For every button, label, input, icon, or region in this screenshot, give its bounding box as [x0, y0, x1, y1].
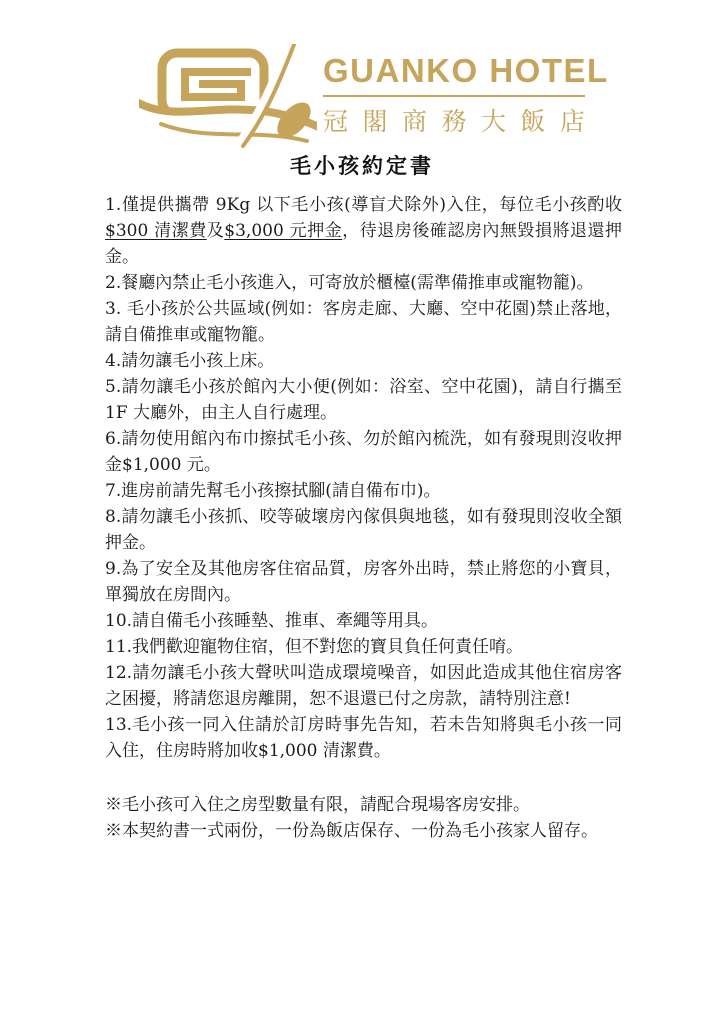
brand-name-en: GUANKO HOTEL	[323, 54, 585, 89]
brand-divider	[323, 95, 585, 97]
pet-agreement-page: GUANKO HOTEL 冠閣商務大飯店 毛小孩約定書 1.僅提供攜帶 9Kg …	[0, 0, 724, 1024]
rule-item: 2.餐廳內禁止毛小孩進入，可寄放於櫃檯(需準備推車或寵物籠)。	[105, 270, 622, 296]
brand-zh-char: 大	[481, 102, 506, 138]
brand-zh-char: 飯	[520, 102, 545, 138]
rule-item: 13.毛小孩一同入住請於訂房時事先告知，若未告知將與毛小孩一同入住，住房時將加收…	[105, 712, 622, 764]
brand-zh-char: 店	[560, 102, 585, 138]
rule-item: 10.請自備毛小孩睡墊、推車、牽繩等用具。	[105, 608, 622, 634]
brand-zh-char: 務	[441, 102, 466, 138]
rule-item: 3. 毛小孩於公共區域(例如：客房走廊、大廳、空中花園)禁止落地，請自備推車或寵…	[105, 296, 622, 348]
rule-item: 12.請勿讓毛小孩大聲吠叫造成環境噪音，如因此造成其他住宿房客之困擾，將請您退房…	[105, 660, 622, 712]
page-title: 毛小孩約定書	[0, 150, 724, 180]
note-item: ※毛小孩可入住之房型數量有限，請配合現場客房安排。	[105, 792, 622, 818]
brand-zh-char: 冠	[323, 102, 348, 138]
brand-zh-char: 閣	[362, 102, 387, 138]
brand-name-zh: 冠閣商務大飯店	[323, 102, 585, 138]
rule-item: 8.請勿讓毛小孩抓、咬等破壞房內傢俱與地毯，如有發現則沒收全額押金。	[105, 504, 622, 556]
note-item: ※本契約書一式兩份，一份為飯店保存、一份為毛小孩家人留存。	[105, 818, 622, 844]
brand-zh-char: 商	[402, 102, 427, 138]
brand-header: GUANKO HOTEL 冠閣商務大飯店	[0, 0, 724, 148]
rule-item: 11.我們歡迎寵物住宿，但不對您的寶貝負任何責任唷。	[105, 634, 622, 660]
rule-item: 9.為了安全及其他房客住宿品質，房客外出時，禁止將您的小寶貝，單獨放在房間內。	[105, 556, 622, 608]
rule-item: 1.僅提供攜帶 9Kg 以下毛小孩(導盲犬除外)入住，每位毛小孩酌收$300 清…	[105, 192, 622, 270]
brand-text-block: GUANKO HOTEL 冠閣商務大飯店	[323, 44, 585, 138]
rule-item: 5.請勿讓毛小孩於館內大小便(例如：浴室、空中花園)，請自行攜至 1F 大廳外，…	[105, 374, 622, 426]
notes-list: ※毛小孩可入住之房型數量有限，請配合現場客房安排。※本契約書一式兩份，一份為飯店…	[105, 792, 622, 844]
rule-item: 7.進房前請先幫毛小孩擦拭腳(請自備布巾)。	[105, 478, 622, 504]
rule-item: 4.請勿讓毛小孩上床。	[105, 348, 622, 374]
rules-list: 1.僅提供攜帶 9Kg 以下毛小孩(導盲犬除外)入住，每位毛小孩酌收$300 清…	[105, 192, 622, 764]
guanko-emblem-icon	[139, 44, 317, 148]
rule-item: 6.請勿使用館內布巾擦拭毛小孩、勿於館內梳洗，如有發現則沒收押金$1,000 元…	[105, 426, 622, 478]
